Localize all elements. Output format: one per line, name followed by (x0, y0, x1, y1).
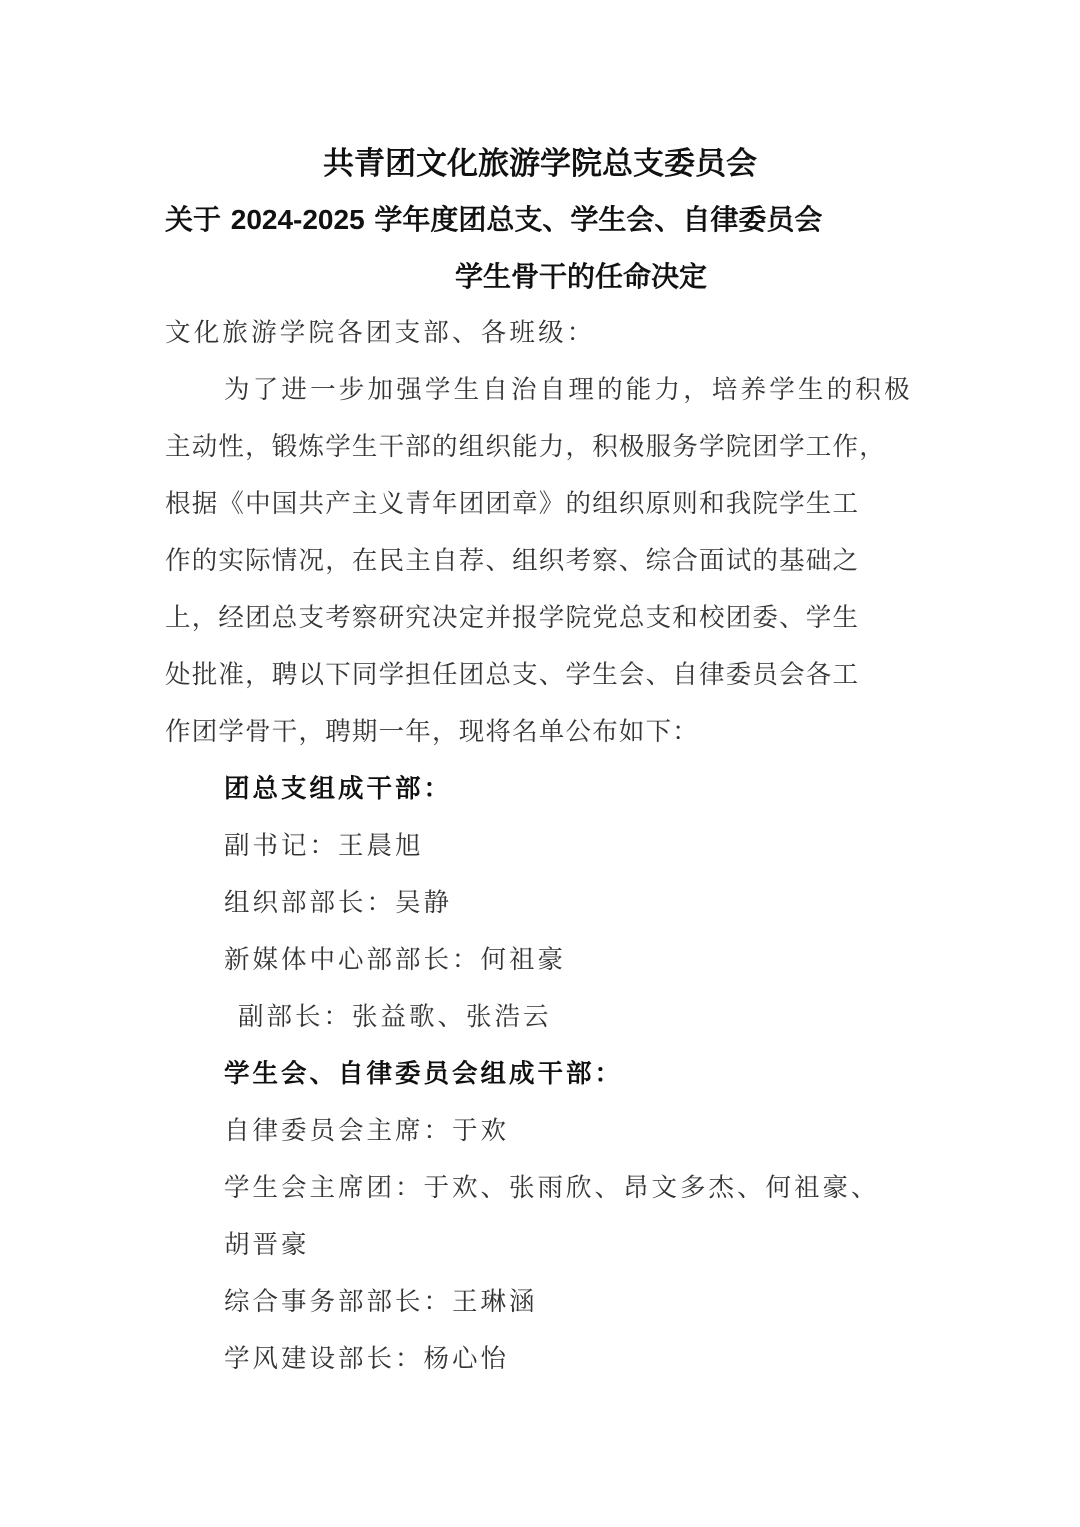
appointment-item: 胡晋豪 (224, 1225, 310, 1261)
appointment-item: 自律委员会主席：于欢 (224, 1111, 509, 1147)
appointment-item: 学风建设部长：杨心怡 (224, 1339, 509, 1375)
subtitle-prefix: 关于 (165, 203, 231, 236)
appointment-item: 学生会主席团：于欢、张雨欣、昂文多杰、何祖豪、 (224, 1168, 880, 1204)
salutation: 文化旅游学院各团支部、各班级： (165, 313, 596, 349)
appointment-item: 新媒体中心部部长：何祖豪 (224, 940, 566, 976)
body-line: 处批准，聘以下同学担任团总支、学生会、自律委员会各工 (165, 655, 859, 691)
body-line: 主动性，锻炼学生干部的组织能力，积极服务学院团学工作， (165, 427, 886, 463)
document-title: 共青团文化旅游学院总支委员会 (0, 138, 1080, 183)
appointment-item: 副部长：张益歌、张浩云 (238, 997, 552, 1033)
document-subtitle: 关于 2024-2025 学年度团总支、学生会、自律委员会 (165, 198, 822, 238)
appointment-item: 综合事务部部长：王琳涵 (224, 1282, 538, 1318)
subtitle-suffix: 学年度团总支、学生会、自律委员会 (365, 203, 823, 236)
document-subtitle-line3: 学生骨干的任命决定 (455, 255, 707, 295)
section-heading-league-branch: 团总支组成干部： (224, 769, 452, 805)
appointment-item: 组织部部长：吴静 (224, 883, 452, 919)
appointment-item: 副书记：王晨旭 (224, 826, 424, 862)
body-line: 作的实际情况，在民主自荐、组织考察、综合面试的基础之 (165, 541, 859, 577)
body-line: 根据《中国共产主义青年团团章》的组织原则和我院学生工 (165, 484, 859, 520)
body-line: 上，经团总支考察研究决定并报学院党总支和校团委、学生 (165, 598, 859, 634)
document-page: 共青团文化旅游学院总支委员会 关于 2024-2025 学年度团总支、学生会、自… (0, 0, 1080, 1527)
body-line: 为了进一步加强学生自治自理的能力，培养学生的积极 (224, 370, 913, 406)
academic-year: 2024-2025 (231, 204, 365, 235)
section-heading-student-union: 学生会、自律委员会组成干部： (224, 1054, 623, 1090)
body-line: 作团学骨干，聘期一年，现将名单公布如下： (165, 712, 699, 748)
